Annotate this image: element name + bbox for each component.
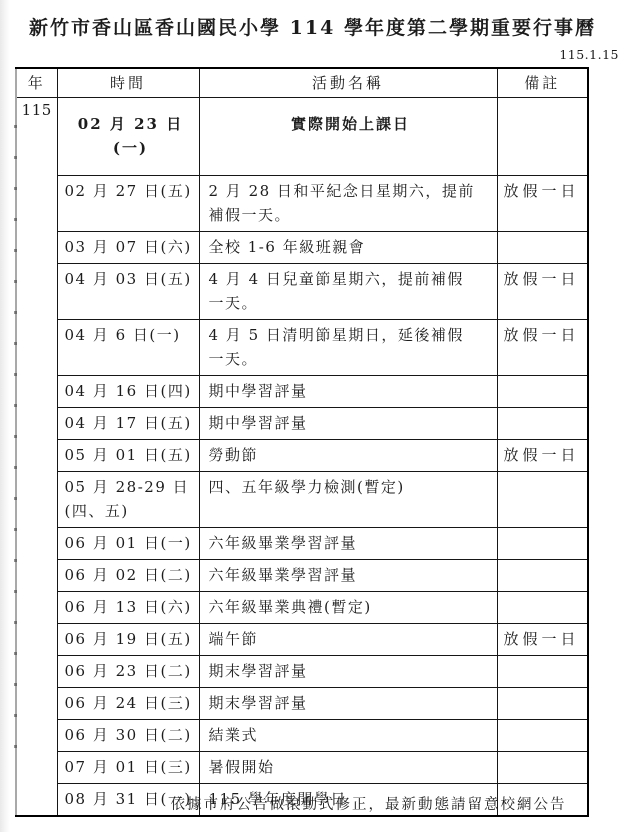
table-row: 04 月 17 日(五)期中學習評量 [16, 408, 588, 440]
table-row: 06 月 02 日(二)六年級畢業學習評量 [16, 560, 588, 592]
calendar-table-body: 11502 月 23 日(一)實際開始上課日02 月 27 日(五)2 月 28… [16, 98, 588, 817]
note-cell [497, 720, 588, 752]
time-cell: 04 月 16 日(四) [57, 376, 199, 408]
footer-note: 依據市府公告做滾動式修正，最新動態請留意校網公告 [0, 793, 625, 814]
note-cell [497, 98, 588, 176]
time-cell: 06 月 23 日(二) [57, 656, 199, 688]
activity-header: 活動名稱 [199, 68, 497, 98]
table-row: 02 月 27 日(五)2 月 28 日和平紀念日星期六，提前 補假一天。放假一… [16, 176, 588, 232]
table-row: 06 月 24 日(三)期末學習評量 [16, 688, 588, 720]
note-header: 備註 [497, 68, 588, 98]
activity-cell: 結業式 [199, 720, 497, 752]
table-row: 06 月 30 日(二)結業式 [16, 720, 588, 752]
note-cell [497, 528, 588, 560]
activity-cell: 端午節 [199, 624, 497, 656]
time-cell: 02 月 27 日(五) [57, 176, 199, 232]
activity-cell: 期中學習評量 [199, 376, 497, 408]
time-cell: 07 月 01 日(三) [57, 752, 199, 784]
note-cell: 放假一日 [497, 440, 588, 472]
note-cell: 放假一日 [497, 264, 588, 320]
time-cell: 04 月 6 日(一) [57, 320, 199, 376]
note-cell: 放假一日 [497, 176, 588, 232]
time-header: 時間 [57, 68, 199, 98]
time-cell: 04 月 17 日(五) [57, 408, 199, 440]
activity-cell: 六年級畢業典禮(暫定) [199, 592, 497, 624]
activity-cell: 實際開始上課日 [199, 98, 497, 176]
activity-cell: 期末學習評量 [199, 688, 497, 720]
note-cell [497, 408, 588, 440]
year-cell: 115 [16, 98, 57, 817]
scan-edge-shadow [0, 0, 10, 832]
time-cell: 02 月 23 日(一) [57, 98, 199, 176]
activity-cell: 六年級畢業學習評量 [199, 528, 497, 560]
note-cell [497, 592, 588, 624]
header-row: 年 時間 活動名稱 備註 [16, 68, 588, 98]
table-row: 04 月 03 日(五)4 月 4 日兒童節星期六，提前補假 一天。放假一日 [16, 264, 588, 320]
activity-cell: 4 月 4 日兒童節星期六，提前補假 一天。 [199, 264, 497, 320]
activity-cell: 全校 1-6 年級班親會 [199, 232, 497, 264]
table-row: 06 月 23 日(二)期末學習評量 [16, 656, 588, 688]
activity-cell: 4 月 5 日清明節星期日，延後補假 一天。 [199, 320, 497, 376]
note-cell [497, 688, 588, 720]
time-cell: 06 月 19 日(五) [57, 624, 199, 656]
time-cell: 06 月 02 日(二) [57, 560, 199, 592]
table-row: 03 月 07 日(六)全校 1-6 年級班親會 [16, 232, 588, 264]
table-row: 04 月 16 日(四)期中學習評量 [16, 376, 588, 408]
table-row: 04 月 6 日(一)4 月 5 日清明節星期日，延後補假 一天。放假一日 [16, 320, 588, 376]
activity-cell: 勞動節 [199, 440, 497, 472]
calendar-table-wrap: 年 時間 活動名稱 備註 11502 月 23 日(一)實際開始上課日02 月 … [15, 67, 587, 817]
table-row: 05 月 28-29 日 (四、五)四、五年級學力檢測(暫定) [16, 472, 588, 528]
activity-cell: 期中學習評量 [199, 408, 497, 440]
note-cell: 放假一日 [497, 320, 588, 376]
time-cell: 03 月 07 日(六) [57, 232, 199, 264]
time-cell: 06 月 01 日(一) [57, 528, 199, 560]
note-cell: 放假一日 [497, 624, 588, 656]
page-title: 新竹市香山區香山國民小學 114 學年度第二學期重要行事曆 [0, 13, 625, 40]
note-cell [497, 376, 588, 408]
note-cell [497, 656, 588, 688]
time-cell: 05 月 01 日(五) [57, 440, 199, 472]
page-container: 新竹市香山區香山國民小學 114 學年度第二學期重要行事曆 115.1.15 年… [0, 0, 625, 832]
note-cell [497, 472, 588, 528]
scan-artifact-marks [14, 97, 17, 769]
time-cell: 06 月 13 日(六) [57, 592, 199, 624]
table-row: 07 月 01 日(三)暑假開始 [16, 752, 588, 784]
time-cell: 06 月 24 日(三) [57, 688, 199, 720]
time-cell: 05 月 28-29 日 (四、五) [57, 472, 199, 528]
calendar-table: 年 時間 活動名稱 備註 11502 月 23 日(一)實際開始上課日02 月 … [15, 67, 589, 817]
table-row: 06 月 13 日(六)六年級畢業典禮(暫定) [16, 592, 588, 624]
note-cell [497, 232, 588, 264]
activity-cell: 暑假開始 [199, 752, 497, 784]
time-cell: 04 月 03 日(五) [57, 264, 199, 320]
activity-cell: 六年級畢業學習評量 [199, 560, 497, 592]
table-row: 05 月 01 日(五)勞動節放假一日 [16, 440, 588, 472]
activity-cell: 四、五年級學力檢測(暫定) [199, 472, 497, 528]
activity-cell: 期末學習評量 [199, 656, 497, 688]
year-header: 年 [16, 68, 57, 98]
issued-date: 115.1.15 [559, 47, 619, 62]
activity-cell: 2 月 28 日和平紀念日星期六，提前 補假一天。 [199, 176, 497, 232]
note-cell [497, 752, 588, 784]
time-cell: 06 月 30 日(二) [57, 720, 199, 752]
table-row: 06 月 01 日(一)六年級畢業學習評量 [16, 528, 588, 560]
note-cell [497, 560, 588, 592]
table-row: 06 月 19 日(五)端午節放假一日 [16, 624, 588, 656]
table-row: 11502 月 23 日(一)實際開始上課日 [16, 98, 588, 176]
